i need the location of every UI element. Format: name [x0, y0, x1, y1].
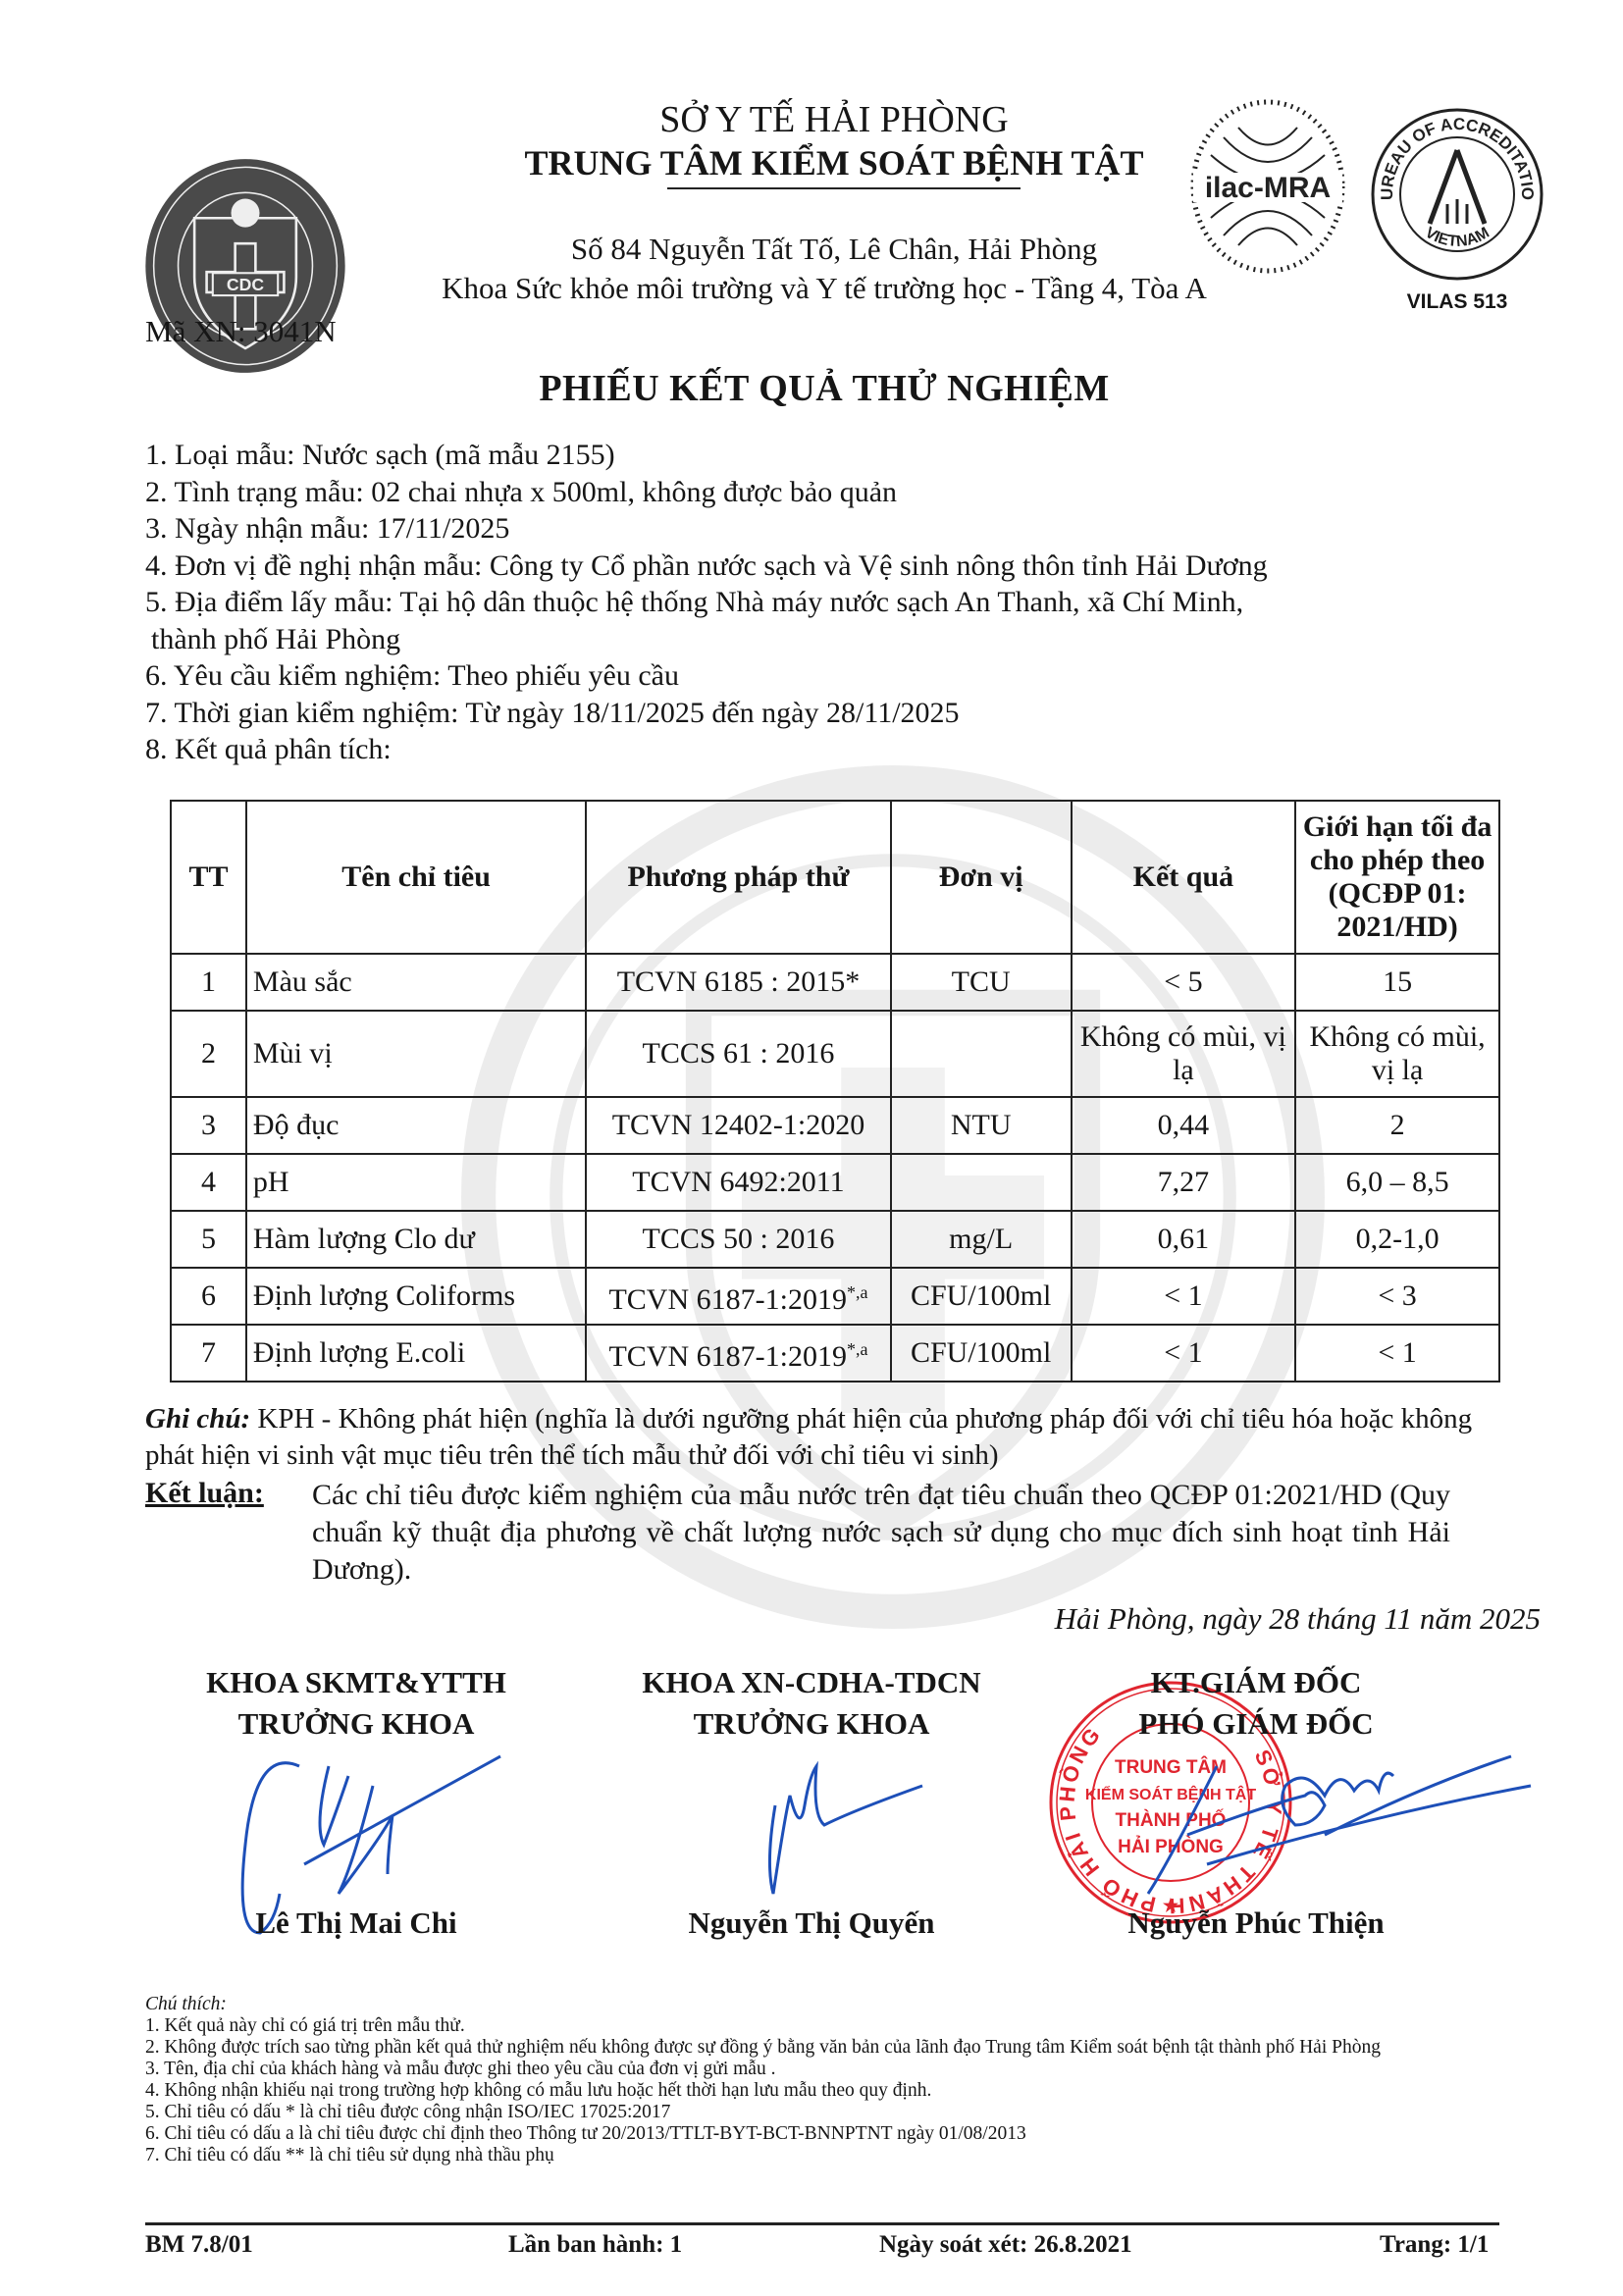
footnote-item: 3. Tên, địa chỉ của khách hàng và mẫu đư… — [145, 2059, 1539, 2080]
cell-method: TCVN 6187-1:2019*,a — [586, 1325, 890, 1382]
conclusion-label: Kết luận: — [145, 1477, 264, 1510]
cell-name: Định lượng E.coli — [246, 1325, 586, 1382]
cell-result: 7,27 — [1072, 1154, 1296, 1211]
cell-limit: 0,2-1,0 — [1295, 1211, 1499, 1268]
cell-limit: Không có mùi, vị lạ — [1295, 1011, 1499, 1097]
cell-method: TCVN 6185 : 2015* — [586, 954, 890, 1011]
cell-unit: mg/L — [891, 1211, 1072, 1268]
info-item: 6. Yêu cầu kiểm nghiệm: Theo phiếu yêu c… — [145, 657, 1519, 695]
cell-limit: 6,0 – 8,5 — [1295, 1154, 1499, 1211]
cell-tt: 1 — [171, 954, 246, 1011]
cell-method: TCVN 12402-1:2020 — [586, 1097, 890, 1154]
info-item: 4. Đơn vị đề nghị nhận mẫu: Công ty Cổ p… — [145, 548, 1519, 585]
cell-unit — [891, 1154, 1072, 1211]
signature-3-icon — [1128, 1747, 1541, 1904]
center-name: TRUNG TÂM KIỂM SOÁT BỆNH TẬT — [491, 141, 1178, 184]
signer-name-1: Lê Thị Mai Chi — [145, 1905, 567, 1941]
header-result: Kết quả — [1072, 801, 1296, 954]
signer-name-2: Nguyễn Thị Quyến — [601, 1905, 1022, 1941]
boa-accreditation-logo-icon: BUREAU OF ACCREDITATION VIETNAM — [1369, 106, 1545, 283]
footnote-item: 1. Kết quả này chỉ có giá trị trên mẫu t… — [145, 2015, 1539, 2037]
cell-unit — [891, 1011, 1072, 1097]
cell-tt: 5 — [171, 1211, 246, 1268]
cell-limit: 15 — [1295, 954, 1499, 1011]
page-number: Trang: 1/1 — [1380, 2231, 1489, 2259]
review-date: Ngày soát xét: 26.8.2021 — [879, 2231, 1132, 2259]
footnote-item: 4. Không nhận khiếu nại trong trường hợp… — [145, 2080, 1539, 2102]
header-underline — [667, 187, 1021, 189]
info-item: 2. Tình trạng mẫu: 02 chai nhựa x 500ml,… — [145, 474, 1519, 511]
cell-unit: CFU/100ml — [891, 1268, 1072, 1325]
cell-unit: CFU/100ml — [891, 1325, 1072, 1382]
footnotes-heading: Chú thích: — [145, 1994, 1539, 2015]
signature-block-1: KHOA SKMT&YTTH TRƯỞNG KHOA — [145, 1662, 567, 1745]
info-item: 5. Địa điểm lấy mẫu: Tại hộ dân thuộc hệ… — [145, 584, 1519, 621]
department: Khoa Sức khỏe môi trường và Y tế trường … — [334, 271, 1315, 306]
footnote-item: 2. Không được trích sao từng phần kết qu… — [145, 2037, 1539, 2059]
svg-text:BUREAU OF ACCREDITATION: BUREAU OF ACCREDITATION — [1369, 106, 1537, 200]
table-row: 7Định lượng E.coliTCVN 6187-1:2019*,aCFU… — [171, 1325, 1499, 1382]
signature-block-3: KT.GIÁM ĐỐC PHÓ GIÁM ĐỐC — [1045, 1662, 1467, 1745]
department-of-health: SỞ Y TẾ HẢI PHÒNG — [491, 98, 1178, 141]
table-row: 5Hàm lượng Clo dưTCCS 50 : 2016mg/L0,610… — [171, 1211, 1499, 1268]
cell-tt: 4 — [171, 1154, 246, 1211]
table-row: 2Mùi vịTCCS 61 : 2016Không có mùi, vị lạ… — [171, 1011, 1499, 1097]
signer-name-3: Nguyễn Phúc Thiện — [1045, 1905, 1467, 1941]
info-item: 1. Loại mẫu: Nước sạch (mã mẫu 2155) — [145, 437, 1519, 474]
footnote-item: 7. Chỉ tiêu có dấu ** là chỉ tiêu sử dụn… — [145, 2145, 1539, 2166]
cell-name: Màu sắc — [246, 954, 586, 1011]
cell-method: TCCS 61 : 2016 — [586, 1011, 890, 1097]
footnotes: Chú thích: 1. Kết quả này chỉ có giá trị… — [145, 1994, 1539, 2166]
table-header-row: TT Tên chỉ tiêu Phương pháp thử Đơn vị K… — [171, 801, 1499, 954]
header-name: Tên chỉ tiêu — [246, 801, 586, 954]
cell-tt: 3 — [171, 1097, 246, 1154]
header-method: Phương pháp thử — [586, 801, 890, 954]
cell-name: Hàm lượng Clo dư — [246, 1211, 586, 1268]
cell-name: Mùi vị — [246, 1011, 586, 1097]
svg-text:ilac-MRA: ilac-MRA — [1205, 172, 1331, 204]
vilas-code: VILAS 513 — [1374, 290, 1541, 314]
sample-info-list: 1. Loại mẫu: Nước sạch (mã mẫu 2155) 2. … — [145, 437, 1519, 768]
footnote-item: 5. Chỉ tiêu có dấu * là chỉ tiêu được cô… — [145, 2102, 1539, 2123]
note-text: KPH - Không phát hiện (nghĩa là dưới ngư… — [145, 1403, 1472, 1471]
cell-method: TCCS 50 : 2016 — [586, 1211, 890, 1268]
info-item: thành phố Hải Phòng — [145, 621, 1519, 658]
cell-result: < 1 — [1072, 1325, 1296, 1382]
info-item: 7. Thời gian kiểm nghiệm: Từ ngày 18/11/… — [145, 695, 1519, 732]
cell-result: 0,44 — [1072, 1097, 1296, 1154]
note-label: Ghi chú: — [145, 1403, 250, 1435]
cell-result: < 5 — [1072, 954, 1296, 1011]
cell-name: pH — [246, 1154, 586, 1211]
sample-code: Mã XN: 3041N — [145, 314, 337, 349]
cell-method: TCVN 6187-1:2019*,a — [586, 1268, 890, 1325]
results-table: TT Tên chỉ tiêu Phương pháp thử Đơn vị K… — [170, 800, 1500, 1383]
cell-name: Độ đục — [246, 1097, 586, 1154]
info-item: 3. Ngày nhận mẫu: 17/11/2025 — [145, 510, 1519, 548]
header-limit: Giới hạn tối đa cho phép theo (QCĐP 01: … — [1295, 801, 1499, 954]
issue-number: Lần ban hành: 1 — [508, 2231, 682, 2259]
conclusion-text: Các chỉ tiêu được kiểm nghiệm của mẫu nư… — [312, 1477, 1450, 1589]
cell-name: Định lượng Coliforms — [246, 1268, 586, 1325]
signature-block-2: KHOA XN-CDHA-TDCN TRƯỞNG KHOA — [601, 1662, 1022, 1745]
signature-2-icon — [746, 1756, 981, 1904]
ilac-mra-logo-icon: ilac-MRA — [1189, 98, 1346, 275]
cell-result: Không có mùi, vị lạ — [1072, 1011, 1296, 1097]
header-unit: Đơn vị — [891, 801, 1072, 954]
cell-limit: 2 — [1295, 1097, 1499, 1154]
cell-tt: 6 — [171, 1268, 246, 1325]
note: Ghi chú: KPH - Không phát hiện (nghĩa là… — [145, 1401, 1519, 1474]
info-item: 8. Kết quả phân tích: — [145, 731, 1519, 768]
cell-result: 0,61 — [1072, 1211, 1296, 1268]
header-tt: TT — [171, 801, 246, 954]
cell-result: < 1 — [1072, 1268, 1296, 1325]
table-row: 4pHTCVN 6492:20117,276,0 – 8,5 — [171, 1154, 1499, 1211]
footer-rule — [145, 2222, 1499, 2225]
footnote-item: 6. Chỉ tiêu có dấu a là chỉ tiêu được ch… — [145, 2123, 1539, 2145]
form-code: BM 7.8/01 — [145, 2231, 253, 2259]
table-row: 6Định lượng ColiformsTCVN 6187-1:2019*,a… — [171, 1268, 1499, 1325]
svg-text:CDC: CDC — [227, 275, 264, 294]
address: Số 84 Nguyễn Tất Tố, Lê Chân, Hải Phòng — [471, 232, 1197, 267]
cell-limit: < 3 — [1295, 1268, 1499, 1325]
cell-tt: 7 — [171, 1325, 246, 1382]
cell-tt: 2 — [171, 1011, 246, 1097]
cell-method: TCVN 6492:2011 — [586, 1154, 890, 1211]
table-row: 3Độ đụcTCVN 12402-1:2020NTU0,442 — [171, 1097, 1499, 1154]
table-row: 1Màu sắcTCVN 6185 : 2015*TCU< 515 — [171, 954, 1499, 1011]
cell-unit: TCU — [891, 954, 1072, 1011]
cell-unit: NTU — [891, 1097, 1072, 1154]
issue-date: Hải Phòng, ngày 28 tháng 11 năm 2025 — [785, 1601, 1541, 1637]
cell-limit: < 1 — [1295, 1325, 1499, 1382]
document-title: PHIẾU KẾT QUẢ THỬ NGHIỆM — [294, 367, 1354, 410]
